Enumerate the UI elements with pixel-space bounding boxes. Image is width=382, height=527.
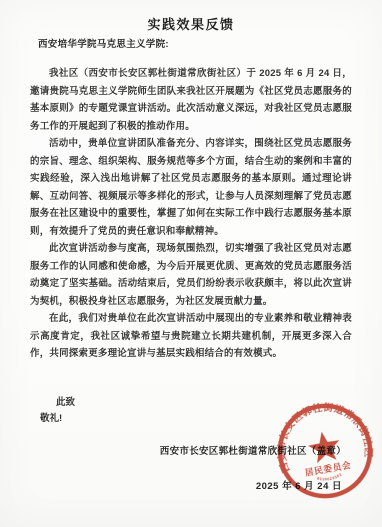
seal-center-text: 居民委员会	[304, 459, 352, 478]
paragraph-2: 活动中，贵单位宣讲团队准备充分、内容详实，围绕社区党员志愿服务的宗旨、理念、组织…	[30, 135, 352, 240]
paragraph-3: 此次宣讲活动参与度高，现场氛围热烈，切实增强了我社区党员对志愿服务工作的认同感和…	[30, 240, 352, 310]
document-title: 实践效果反馈	[0, 14, 382, 33]
closing-jingli: 敬礼!	[40, 410, 62, 424]
date-line: 2025 年 6 月 24 日	[256, 478, 342, 492]
feedback-letter-page: 实践效果反馈 西安培华学院马克思主义学院: 我社区（西安市长安区郭杜街道常欣街社…	[0, 0, 382, 527]
paragraph-4: 在此，我们对贵单位在此次宣讲活动中展现出的专业素养和敬业精神表示高度肯定，我社区…	[30, 310, 352, 363]
salutation-line: 西安培华学院马克思主义学院:	[38, 36, 169, 50]
closing-zhici: 此致	[56, 394, 75, 408]
letter-body: 我社区（西安市长安区郭杜街道常欣街社区）于 2025 年 6 月 24 日，邀请…	[30, 65, 352, 363]
paragraph-1: 我社区（西安市长安区郭杜街道常欣街社区）于 2025 年 6 月 24 日，邀请…	[30, 65, 352, 135]
seal-ring-text: 西安市长安区郭杜街道常欣街社区	[268, 394, 377, 475]
signature-org-line: 西安市长安区郭杜街道常欣街社区（盖章）	[160, 443, 346, 457]
